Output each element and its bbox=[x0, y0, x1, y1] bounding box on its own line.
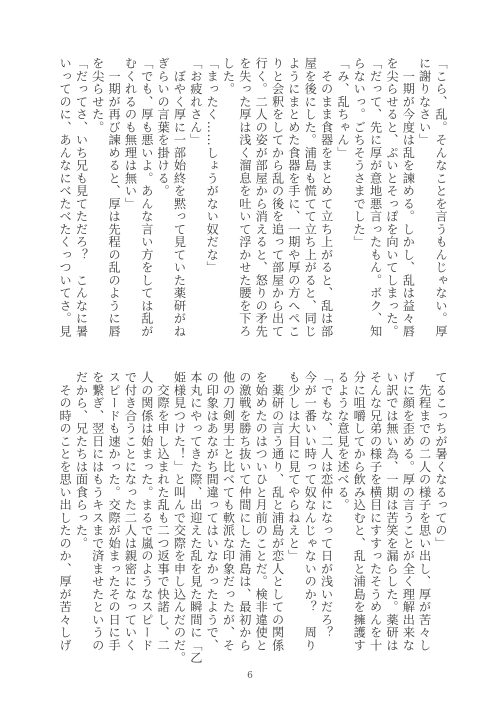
text-block-upper: 「こら、乱。そんなことを言うもんじゃない。厚 に謝りなさい」 一期が今度は乱を諫… bbox=[57, 57, 449, 347]
text-column: 先程までの二人の様子を思い出し、厚が苦々し bbox=[416, 371, 432, 661]
text-column: てるこっちが暑くなるっての」 bbox=[433, 371, 449, 661]
text-column: 「だって、先に厚が意地悪言ったもん。ボク、知 bbox=[367, 57, 383, 347]
text-column: りと会釈をしてから乱の後を追って部屋から出て bbox=[269, 57, 285, 347]
text-column: い訳では無い為、一期は苦笑を漏らした。薬研は bbox=[384, 371, 400, 661]
text-column: 薬研の言う通り、乱と浦島が恋人としての関係 bbox=[269, 371, 285, 661]
text-column: ぎらいの言葉を掛ける。 bbox=[155, 57, 171, 347]
text-column: 「だってさ、いち兄も見てただろ？ こんなに暑 bbox=[73, 57, 89, 347]
text-column: で付き合うことになった二人は親密になっていく bbox=[122, 371, 138, 661]
text-column: 今が一番いい時って奴なんじゃないのか？ 周り bbox=[302, 371, 318, 661]
text-column: ようにまとめた食器を手に、一期や厚の方へぺこ bbox=[286, 57, 302, 347]
text-column: らないっ。ごちそうさまでした」 bbox=[351, 57, 367, 347]
text-column: 人の関係は始まった。まるで嵐のようなスピード bbox=[138, 371, 154, 661]
text-column: 他の刀剣男士と比べても軟派な印象だったが、そ bbox=[220, 371, 236, 661]
text-column: その時のことを思い出したのか、厚が苦々しげ bbox=[57, 371, 73, 661]
page-number: 6 bbox=[0, 671, 500, 681]
text-column: いってのに、あんなにべたべたくっついてさ。見 bbox=[57, 57, 73, 347]
text-column: むくれるのも無理は無い」 bbox=[122, 57, 138, 347]
text-column: を尖らせた。 bbox=[89, 57, 105, 347]
text-column: の印象はあながち間違ってはいなかったようで、 bbox=[204, 371, 220, 661]
text-column: そのまま食器をまとめて立ち上がると、乱は部 bbox=[318, 57, 334, 347]
text-column: 交際を申し込まれた乱も二つ返事で快諾し、二 bbox=[155, 371, 171, 661]
text-column: 「でもな、二人は恋仲になって日が浅いだろ？ bbox=[318, 371, 334, 661]
text-column: 分に咀嚼してから飲み込むと、乱と浦島を擁護す bbox=[351, 371, 367, 661]
text-column: 屋を後にした。浦島も慌てて立ち上がると、同じ bbox=[302, 57, 318, 347]
text-block-lower: てるこっちが暑くなるっての」 先程までの二人の様子を思い出し、厚が苦々し げに顔… bbox=[57, 371, 449, 661]
text-column: 一期が今度は乱を諫める。しかし、乱は益々唇 bbox=[400, 57, 416, 347]
text-column: 「こら、乱。そんなことを言うもんじゃない。厚 bbox=[433, 57, 449, 347]
text-column: を始めたのはついひと月前のことだ。検非違使と bbox=[253, 371, 269, 661]
text-column: 「お疲れさん」 bbox=[188, 57, 204, 347]
text-column: 行く。二人の姿が部屋から消えると、怒りの矛先 bbox=[253, 57, 269, 347]
text-column: 本丸にやってきた際、出迎えた乱を見た瞬間に「乙 bbox=[188, 371, 204, 661]
text-column: げに顔を歪める。厚の言うことが全く理解出来な bbox=[400, 371, 416, 661]
text-column: も少しは大目に見てやらねえと」 bbox=[286, 371, 302, 661]
text-column: だから、兄たちは面食らった。 bbox=[73, 371, 89, 661]
text-column: を尖らせると、ぷいとそっぽを向いてしまった。 bbox=[384, 57, 400, 347]
text-column: 「でも、厚も悪いよ。あんな言い方をしては乱が bbox=[138, 57, 154, 347]
text-column: 姫様見つけた！」と叫んで交際を申し込んだのだ。 bbox=[171, 371, 187, 661]
text-column: 一期が再び諫めると、厚は先程の乱のように唇 bbox=[106, 57, 122, 347]
text-column: るような意見を述べる。 bbox=[335, 371, 351, 661]
text-column: スピードも速かった。交際が始まったその日に手 bbox=[106, 371, 122, 661]
text-column: 「み、乱ちゃん」 bbox=[335, 57, 351, 347]
text-column: そんな兄弟の様子を横目にすすったそうめんを十 bbox=[367, 371, 383, 661]
text-column: ぼやく厚に一部始終を黙って見ていた薬研がね bbox=[171, 57, 187, 347]
text-column: に謝りなさい」 bbox=[416, 57, 432, 347]
text-column: の激戦を勝ち抜いて仲間にした浦島は、最初から bbox=[237, 371, 253, 661]
text-column: した。 bbox=[220, 57, 236, 347]
text-column: を失った厚は浅く溜息を吐いて浮かせた腰を下ろ bbox=[237, 57, 253, 347]
text-column: 「まったく……しょうがない奴だな」 bbox=[204, 57, 220, 347]
text-column: を繋ぎ、翌日にはもうキスまで済ませたというの bbox=[89, 371, 105, 661]
